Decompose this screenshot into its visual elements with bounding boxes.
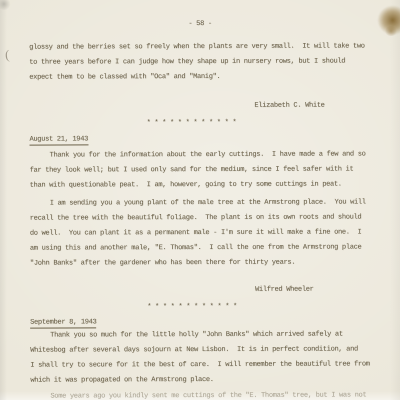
text-line: than with questionable peat. I am, howev… <box>30 177 372 193</box>
pencil-margin-mark: ( <box>5 48 10 61</box>
text-line: do well. You can plant it as a permanent… <box>30 225 372 241</box>
signature: Elizabeth C. White <box>29 98 371 114</box>
date-heading-text: August 21, 1943 <box>29 135 88 145</box>
text-line: to three years before I can judge how th… <box>29 54 371 70</box>
text-line: expect them to be classed with "Oca" and… <box>29 69 371 85</box>
text-line: Thank you for the information about the … <box>30 147 372 163</box>
text-line: recall the tree with the beautiful folia… <box>30 210 372 226</box>
coffee-stain-drip <box>384 26 398 36</box>
section-separator: * * * * * * * * * * * * <box>30 299 354 315</box>
text-line: Some years ago you kindly sent me cuttin… <box>30 388 372 400</box>
text-line: I shall try to secure for it the best of… <box>30 357 372 373</box>
text-line: am using this and another male, "E. Thom… <box>30 240 372 256</box>
page-number: - 58 - <box>29 16 371 32</box>
paragraph: Thank you so much for the little holly "… <box>30 327 372 388</box>
paragraph: Thank you for the information about the … <box>30 147 372 193</box>
paragraph: glossy and the berries set so freely whe… <box>29 39 371 85</box>
scanned-letter-page: { "document": { "page_number": "- 58 -",… <box>0 0 400 400</box>
text-line: Whitesbog after several days sojourn at … <box>30 342 372 358</box>
date-heading: August 21, 1943 <box>29 131 371 147</box>
paragraph: I am sending you a young plant of the ma… <box>30 195 372 271</box>
text-line: far they look well; but I used only sand… <box>30 162 372 178</box>
text-line: Thank you so much for the little holly "… <box>30 327 372 343</box>
signature: Wilfred Wheeler <box>30 282 372 298</box>
paragraph: Some years ago you kindly sent me cuttin… <box>30 388 372 400</box>
text-line: I am sending you a young plant of the ma… <box>30 195 372 211</box>
corner-smudge <box>0 0 11 10</box>
paper-background: ( - 58 - glossy and the berries set so f… <box>0 0 400 400</box>
date-heading-text: September 8, 1943 <box>30 318 96 328</box>
text-line: glossy and the berries set so freely whe… <box>29 39 371 55</box>
typewritten-text: - 58 - glossy and the berries set so fre… <box>29 0 372 400</box>
text-line: "John Banks" after the gardener who has … <box>30 255 372 271</box>
document-blocks: glossy and the berries set so freely whe… <box>29 39 372 400</box>
text-line: which it was propagated on the Armstrong… <box>30 372 372 388</box>
section-separator: * * * * * * * * * * * * <box>29 115 353 131</box>
